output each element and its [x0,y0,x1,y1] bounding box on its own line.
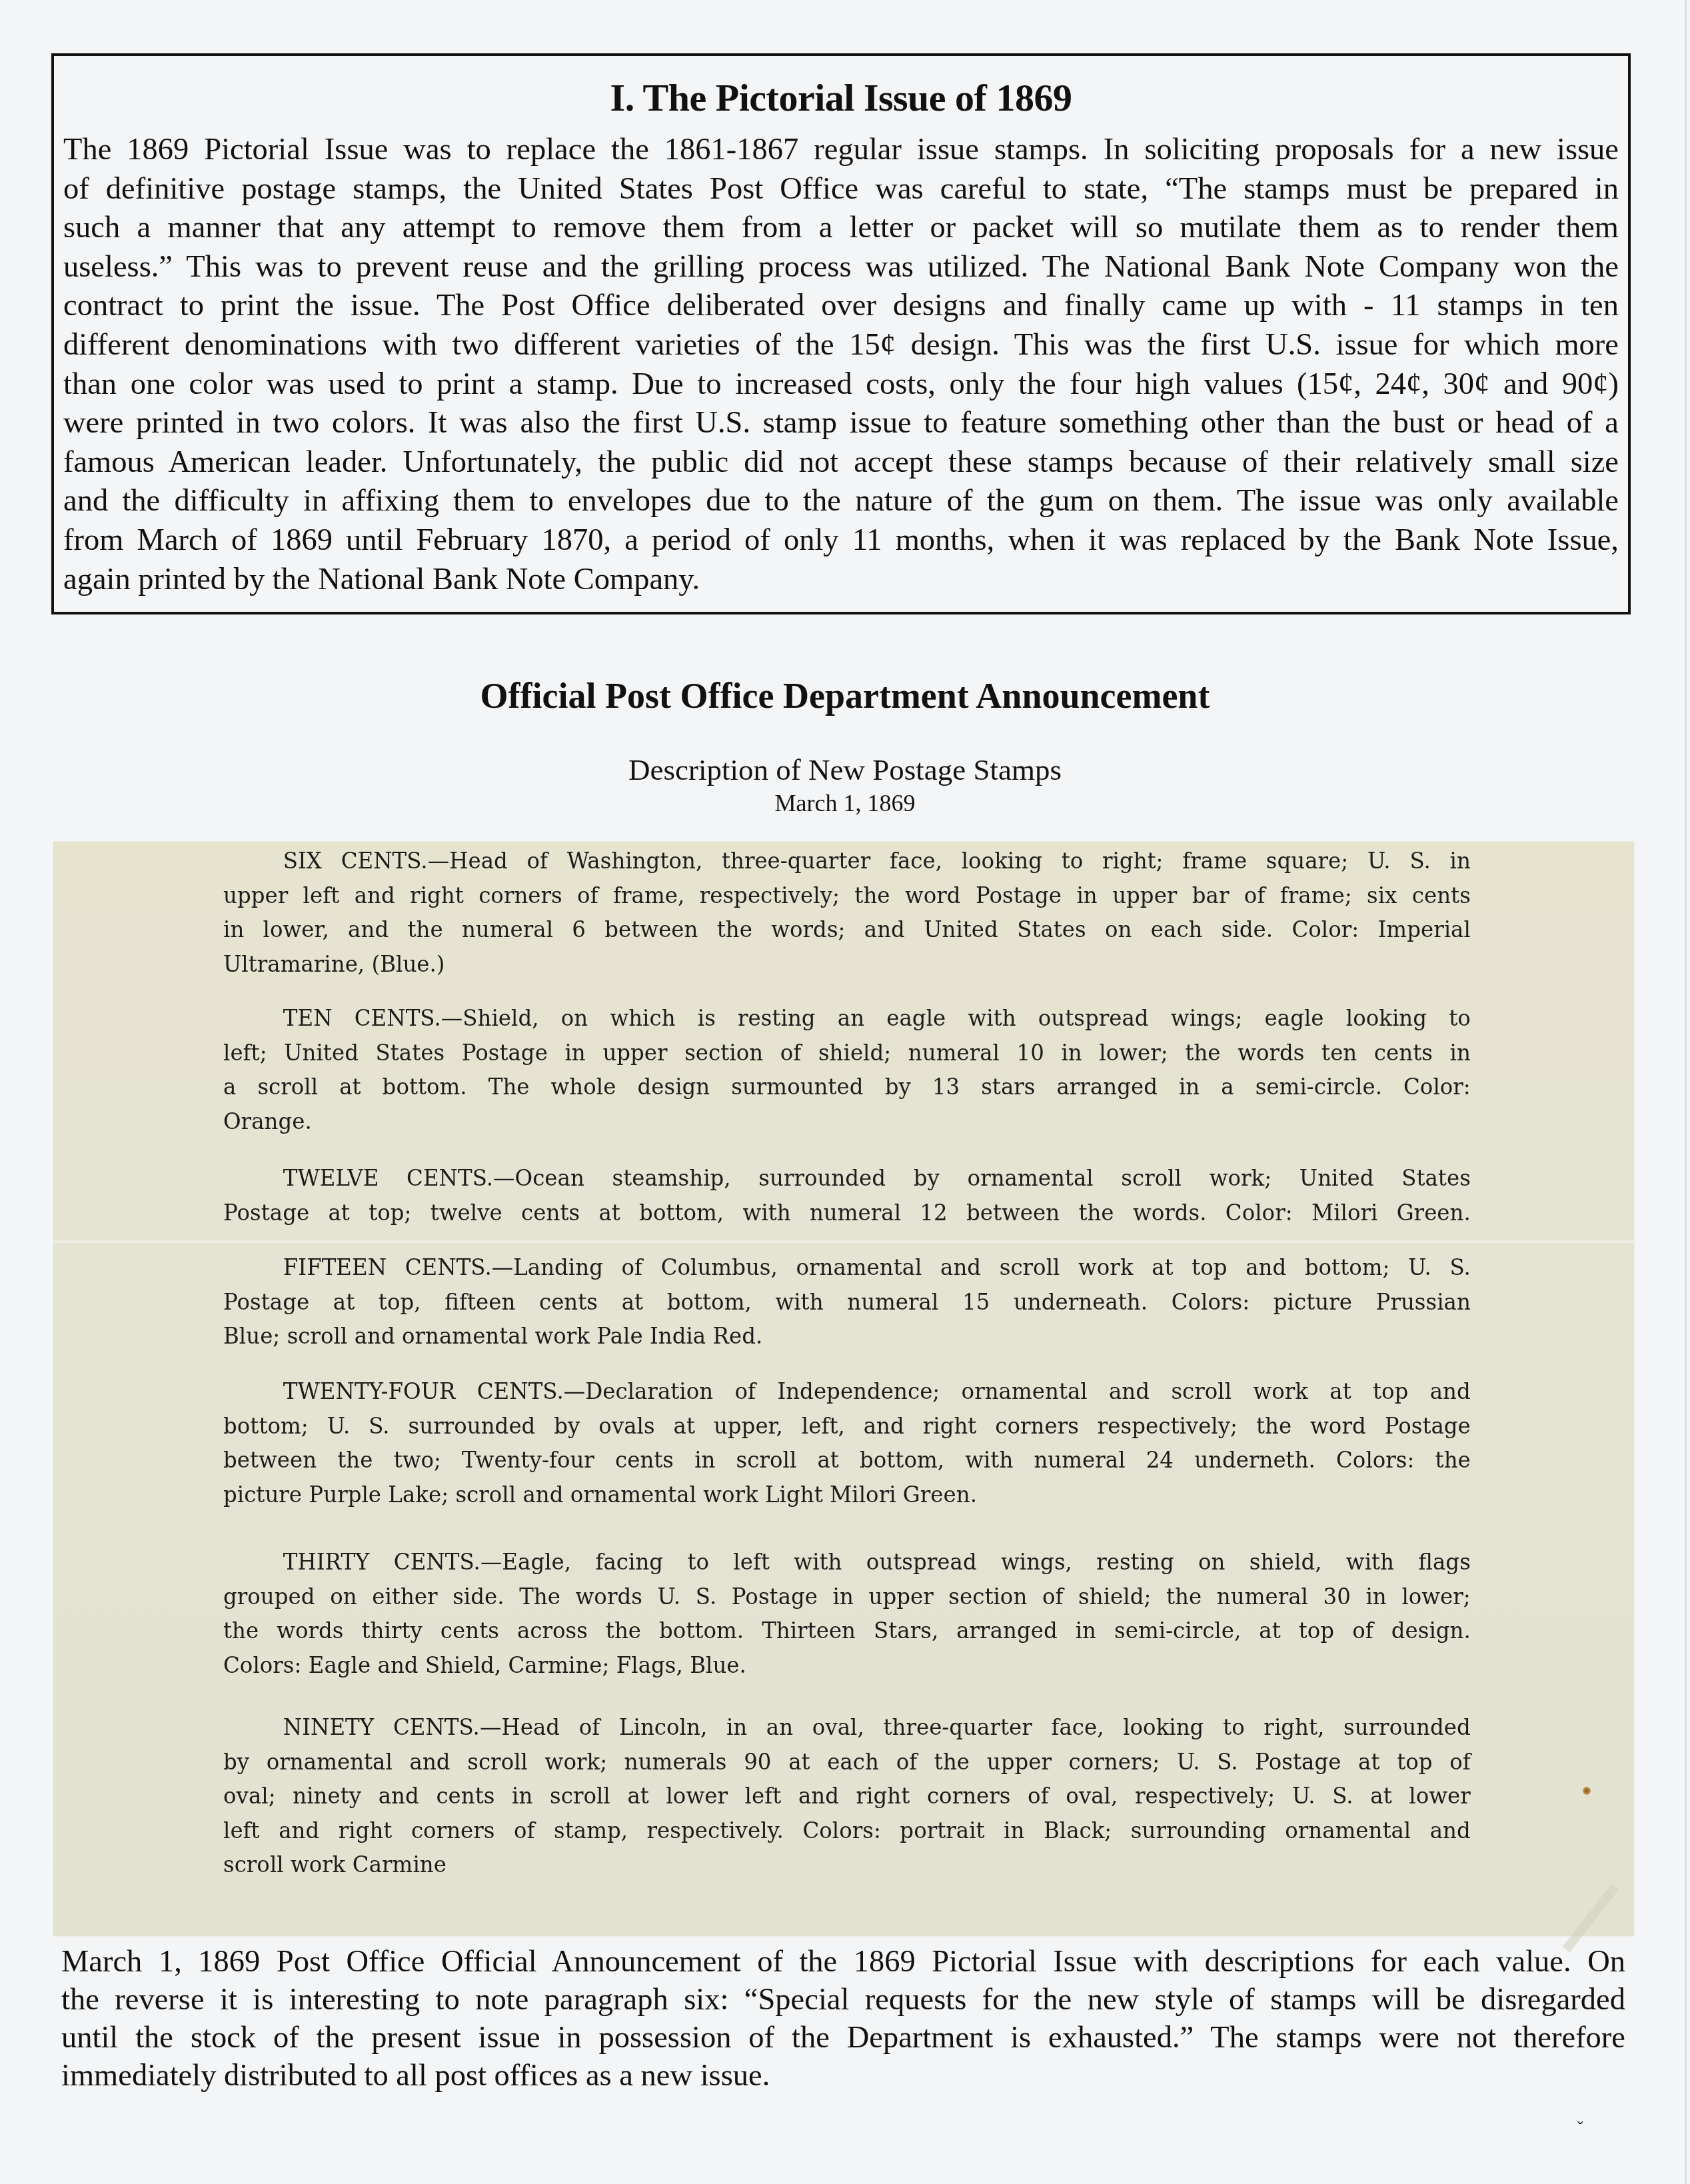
doc-line: oval; ninety and cents in scroll at lowe… [223,1779,1471,1814]
intro-line: contract to print the issue. The Post Of… [63,287,1619,326]
paragraph-thirty-cents: THIRTY CENTS.—Eagle, facing to left with… [223,1546,1471,1683]
intro-title: I. The Pictorial Issue of 1869 [54,75,1628,121]
doc-line: between the two; Twenty-four cents in sc… [223,1444,1471,1478]
doc-line: bottom; U. S. surrounded by ovals at upp… [223,1410,1471,1444]
doc-line: Ultramarine, (Blue.) [223,948,1471,982]
intro-line: The 1869 Pictorial Issue was to replace … [63,131,1619,170]
doc-line: in lower, and the numeral 6 between the … [223,913,1471,948]
paragraph-ninety-cents: NINETY CENTS.—Head of Lincoln, in an ova… [223,1711,1471,1883]
caption: March 1, 1869 Post Office Official Annou… [61,1943,1625,2095]
doc-line: left; United States Postage in upper sec… [223,1036,1471,1071]
paper-stain [1583,1787,1591,1795]
caption-line: until the stock of the present issue in … [61,2019,1625,2057]
intro-line: than one color was used to print a stamp… [63,365,1619,405]
caption-line: immediately distributed to all post offi… [61,2057,1625,2095]
page-edge [1685,0,1687,2184]
historic-document: SIX CENTS.—Head of Washington, three-qua… [53,842,1634,1936]
intro-line: and the difficulty in affixing them to e… [63,482,1619,521]
intro-line: different denominations with two differe… [63,326,1619,365]
doc-line: left and right corners of stamp, respect… [223,1814,1471,1849]
intro-body: The 1869 Pictorial Issue was to replace … [63,131,1619,599]
intro-line: from March of 1869 until February 1870, … [63,521,1619,560]
doc-line: the words thirty cents across the bottom… [223,1614,1471,1649]
intro-line: such a manner that any attempt to remove… [63,209,1619,248]
intro-box: I. The Pictorial Issue of 1869 The 1869 … [51,53,1631,614]
paragraph-twelve-cents: TWELVE CENTS.—Ocean steamship, surrounde… [223,1162,1471,1230]
paragraph-six-cents: SIX CENTS.—Head of Washington, three-qua… [223,844,1471,982]
intro-line: were printed in two colors. It was also … [63,404,1619,443]
doc-line: SIX CENTS.—Head of Washington, three-qua… [223,844,1471,879]
doc-line: Colors: Eagle and Shield, Carmine; Flags… [223,1649,1471,1683]
doc-line: TWELVE CENTS.—Ocean steamship, surrounde… [223,1162,1471,1196]
doc-line: TEN CENTS.—Shield, on which is resting a… [223,1002,1471,1036]
doc-line: Postage at top, fifteen cents at bottom,… [223,1286,1471,1320]
doc-line: scroll work Carmine [223,1848,1471,1883]
doc-line: a scroll at bottom. The whole design sur… [223,1070,1471,1105]
paragraph-ten-cents: TEN CENTS.—Shield, on which is resting a… [223,1002,1471,1139]
doc-line: upper left and right corners of frame, r… [223,879,1471,914]
doc-line: by ornamental and scroll work; numerals … [223,1745,1471,1780]
paragraph-fifteen-cents: FIFTEEN CENTS.—Landing of Columbus, orna… [223,1251,1471,1354]
doc-line: grouped on either side. The words U. S. … [223,1580,1471,1615]
doc-line: THIRTY CENTS.—Eagle, facing to left with… [223,1546,1471,1580]
caption-line: the reverse it is interesting to note pa… [61,1981,1625,2019]
announcement-title: Official Post Office Department Announce… [0,674,1690,717]
doc-line: FIFTEEN CENTS.—Landing of Columbus, orna… [223,1251,1471,1286]
intro-line: useless.” This was to prevent reuse and … [63,248,1619,287]
paper-crease [53,1240,1634,1244]
doc-line: NINETY CENTS.—Head of Lincoln, in an ova… [223,1711,1471,1745]
paragraph-twenty-four-cents: TWENTY-FOUR CENTS.—Declaration of Indepe… [223,1375,1471,1512]
doc-line: Postage at top; twelve cents at bottom, … [223,1196,1471,1231]
page-number-mark: ˬ [1577,2105,1583,2125]
intro-line: of definitive postage stamps, the United… [63,170,1619,209]
announcement-date: March 1, 1869 [0,788,1690,818]
announcement-subtitle: Description of New Postage Stamps [0,752,1690,788]
doc-line: TWENTY-FOUR CENTS.—Declaration of Indepe… [223,1375,1471,1410]
doc-line: Orange. [223,1105,1471,1140]
doc-line: Blue; scroll and ornamental work Pale In… [223,1320,1471,1354]
intro-line: famous American leader. Unfortunately, t… [63,443,1619,483]
doc-line: picture Purple Lake; scroll and ornament… [223,1478,1471,1513]
intro-line: again printed by the National Bank Note … [63,560,1619,600]
caption-line: March 1, 1869 Post Office Official Annou… [61,1943,1625,1981]
